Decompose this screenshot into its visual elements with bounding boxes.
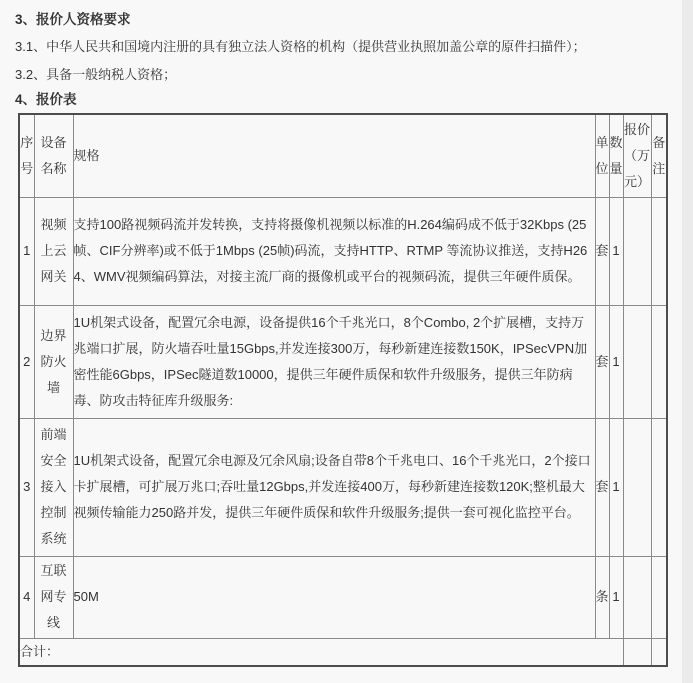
table-header-row: 序号 设备名称 规格 单位 数量 报价（万元） 备注 bbox=[19, 114, 667, 197]
qualification-item-3-1: 3.1、中华人民共和国境内注册的具有独立法人资格的机构（提供营业执照加盖公章的原… bbox=[15, 38, 586, 55]
device-cell: 视频上云网关 bbox=[34, 197, 73, 305]
note-cell bbox=[651, 197, 667, 305]
seq-cell: 2 bbox=[19, 305, 34, 418]
header-note: 备注 bbox=[651, 114, 667, 197]
table-row: 1 视频上云网关 支持100路视频码流并发转换，支持将摄像机视频以标准的H.26… bbox=[19, 197, 667, 305]
header-unit: 单位 bbox=[595, 114, 609, 197]
qty-cell: 1 bbox=[609, 305, 623, 418]
header-price: 报价（万元） bbox=[623, 114, 651, 197]
device-cell: 互联网专线 bbox=[34, 556, 73, 638]
spec-cell: 支持100路视频码流并发转换，支持将摄像机视频以标准的H.264编码成不低于32… bbox=[73, 197, 595, 305]
price-cell bbox=[623, 197, 651, 305]
seq-cell: 4 bbox=[19, 556, 34, 638]
quotation-table: 序号 设备名称 规格 单位 数量 报价（万元） 备注 1 视频上云网关 支持10… bbox=[18, 113, 668, 667]
table-total-row: 合计： bbox=[19, 638, 667, 666]
note-cell bbox=[651, 556, 667, 638]
spec-cell: 50M bbox=[73, 556, 595, 638]
quotation-heading: 4、报价表 bbox=[15, 91, 77, 108]
qty-cell: 1 bbox=[609, 197, 623, 305]
spec-cell: 1U机架式设备，配置冗余电源及冗余风扇;设备自带8个千兆电口、16个千兆光口，2… bbox=[73, 418, 595, 556]
header-seq: 序号 bbox=[19, 114, 34, 197]
qualification-item-3-2: 3.2、具备一般纳税人资格； bbox=[15, 66, 176, 83]
table-row: 2 边界防火墙 1U机架式设备，配置冗余电源，设备提供16个千兆光口，8个Com… bbox=[19, 305, 667, 418]
unit-cell: 套 bbox=[595, 418, 609, 556]
unit-cell: 套 bbox=[595, 197, 609, 305]
page-right-gutter bbox=[682, 0, 693, 683]
device-cell: 前端安全接入控制系统 bbox=[34, 418, 73, 556]
seq-cell: 1 bbox=[19, 197, 34, 305]
qualification-heading: 3、报价人资格要求 bbox=[15, 11, 131, 28]
note-cell bbox=[651, 418, 667, 556]
table-row: 3 前端安全接入控制系统 1U机架式设备，配置冗余电源及冗余风扇;设备自带8个千… bbox=[19, 418, 667, 556]
total-label-cell: 合计： bbox=[19, 638, 623, 666]
total-price-cell bbox=[623, 638, 651, 666]
table-row: 4 互联网专线 50M 条 1 bbox=[19, 556, 667, 638]
unit-cell: 条 bbox=[595, 556, 609, 638]
header-qty: 数量 bbox=[609, 114, 623, 197]
price-cell bbox=[623, 418, 651, 556]
price-cell bbox=[623, 556, 651, 638]
header-device: 设备名称 bbox=[34, 114, 73, 197]
note-cell bbox=[651, 305, 667, 418]
price-cell bbox=[623, 305, 651, 418]
header-spec: 规格 bbox=[73, 114, 595, 197]
qty-cell: 1 bbox=[609, 556, 623, 638]
total-note-cell bbox=[651, 638, 667, 666]
unit-cell: 套 bbox=[595, 305, 609, 418]
seq-cell: 3 bbox=[19, 418, 34, 556]
device-cell: 边界防火墙 bbox=[34, 305, 73, 418]
spec-cell: 1U机架式设备，配置冗余电源，设备提供16个千兆光口，8个Combo, 2个扩展… bbox=[73, 305, 595, 418]
qty-cell: 1 bbox=[609, 418, 623, 556]
